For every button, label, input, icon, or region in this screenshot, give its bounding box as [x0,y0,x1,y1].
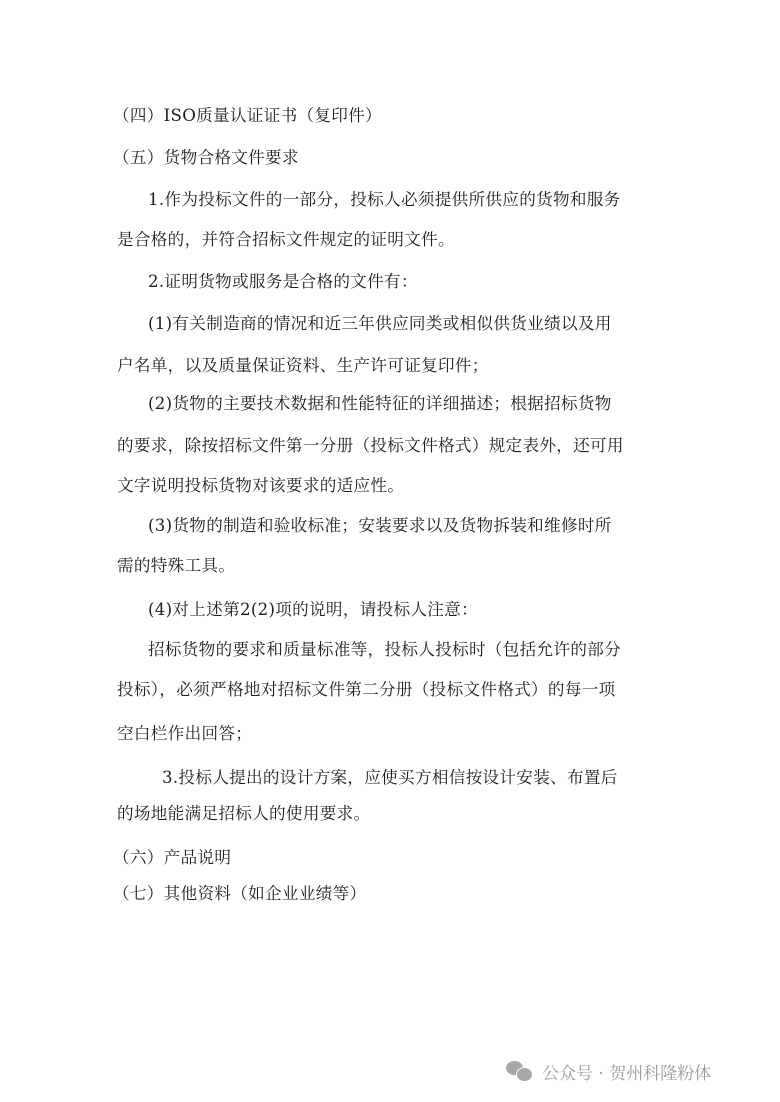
note-line-2: 投标），必须严格地对招标文件第二分册（投标文件格式）的每一项 [117,680,616,700]
paragraph-2-line-1: 2.证明货物或服务是合格的文件有： [148,272,418,292]
paragraph-1-line-2: 是合格的，并符合招标文件规定的证明文件。 [117,230,455,250]
item-1-line-1: (1)有关制造商的情况和近三年供应同类或相似供货业绩以及用 [148,314,612,334]
paragraph-3-line-1: 3.投标人提出的设计方案，应使买方相信按设计安装、布置后 [162,768,618,788]
section-heading-other-materials: （七）其他资料（如企业业绩等） [113,884,366,904]
section-heading-product-description: （六）产品说明 [113,848,231,868]
item-3-line-1: (3)货物的制造和验收标准；安装要求以及货物拆装和维修时所 [148,516,612,536]
section-heading-iso: （四）ISO质量认证证书（复印件） [113,106,382,126]
item-2-line-2: 的要求，除按招标文件第一分册（投标文件格式）规定表外，还可用 [117,436,624,456]
item-4-line-1: (4)对上述第2(2)项的说明，请投标人注意： [148,600,478,620]
item-3-line-2: 需的特殊工具。 [117,556,235,576]
item-2-line-3: 文字说明投标货物对该要求的适应性。 [117,476,404,496]
wechat-icon [506,1060,534,1082]
wechat-watermark: 公众号 · 贺州科隆粉体 [506,1059,711,1083]
paragraph-3-line-2: 的场地能满足招标人的使用要求。 [117,804,370,824]
note-line-3: 空白栏作出回答； [117,724,252,744]
item-1-line-2: 户名单，以及质量保证资料、生产许可证复印件； [117,356,489,376]
watermark-text: 公众号 · 贺州科隆粉体 [542,1059,711,1084]
note-line-1: 招标货物的要求和质量标准等，投标人投标时（包括允许的部分 [148,640,621,660]
item-2-line-1: (2)货物的主要技术数据和性能特征的详细描述；根据招标货物 [148,394,612,414]
section-heading-goods-qualification: （五）货物合格文件要求 [113,148,299,168]
paragraph-1-line-1: 1.作为投标文件的一部分，投标人必须提供所供应的货物和服务 [148,190,621,210]
document-page: （四）ISO质量认证证书（复印件） （五）货物合格文件要求 1.作为投标文件的一… [0,0,780,1102]
